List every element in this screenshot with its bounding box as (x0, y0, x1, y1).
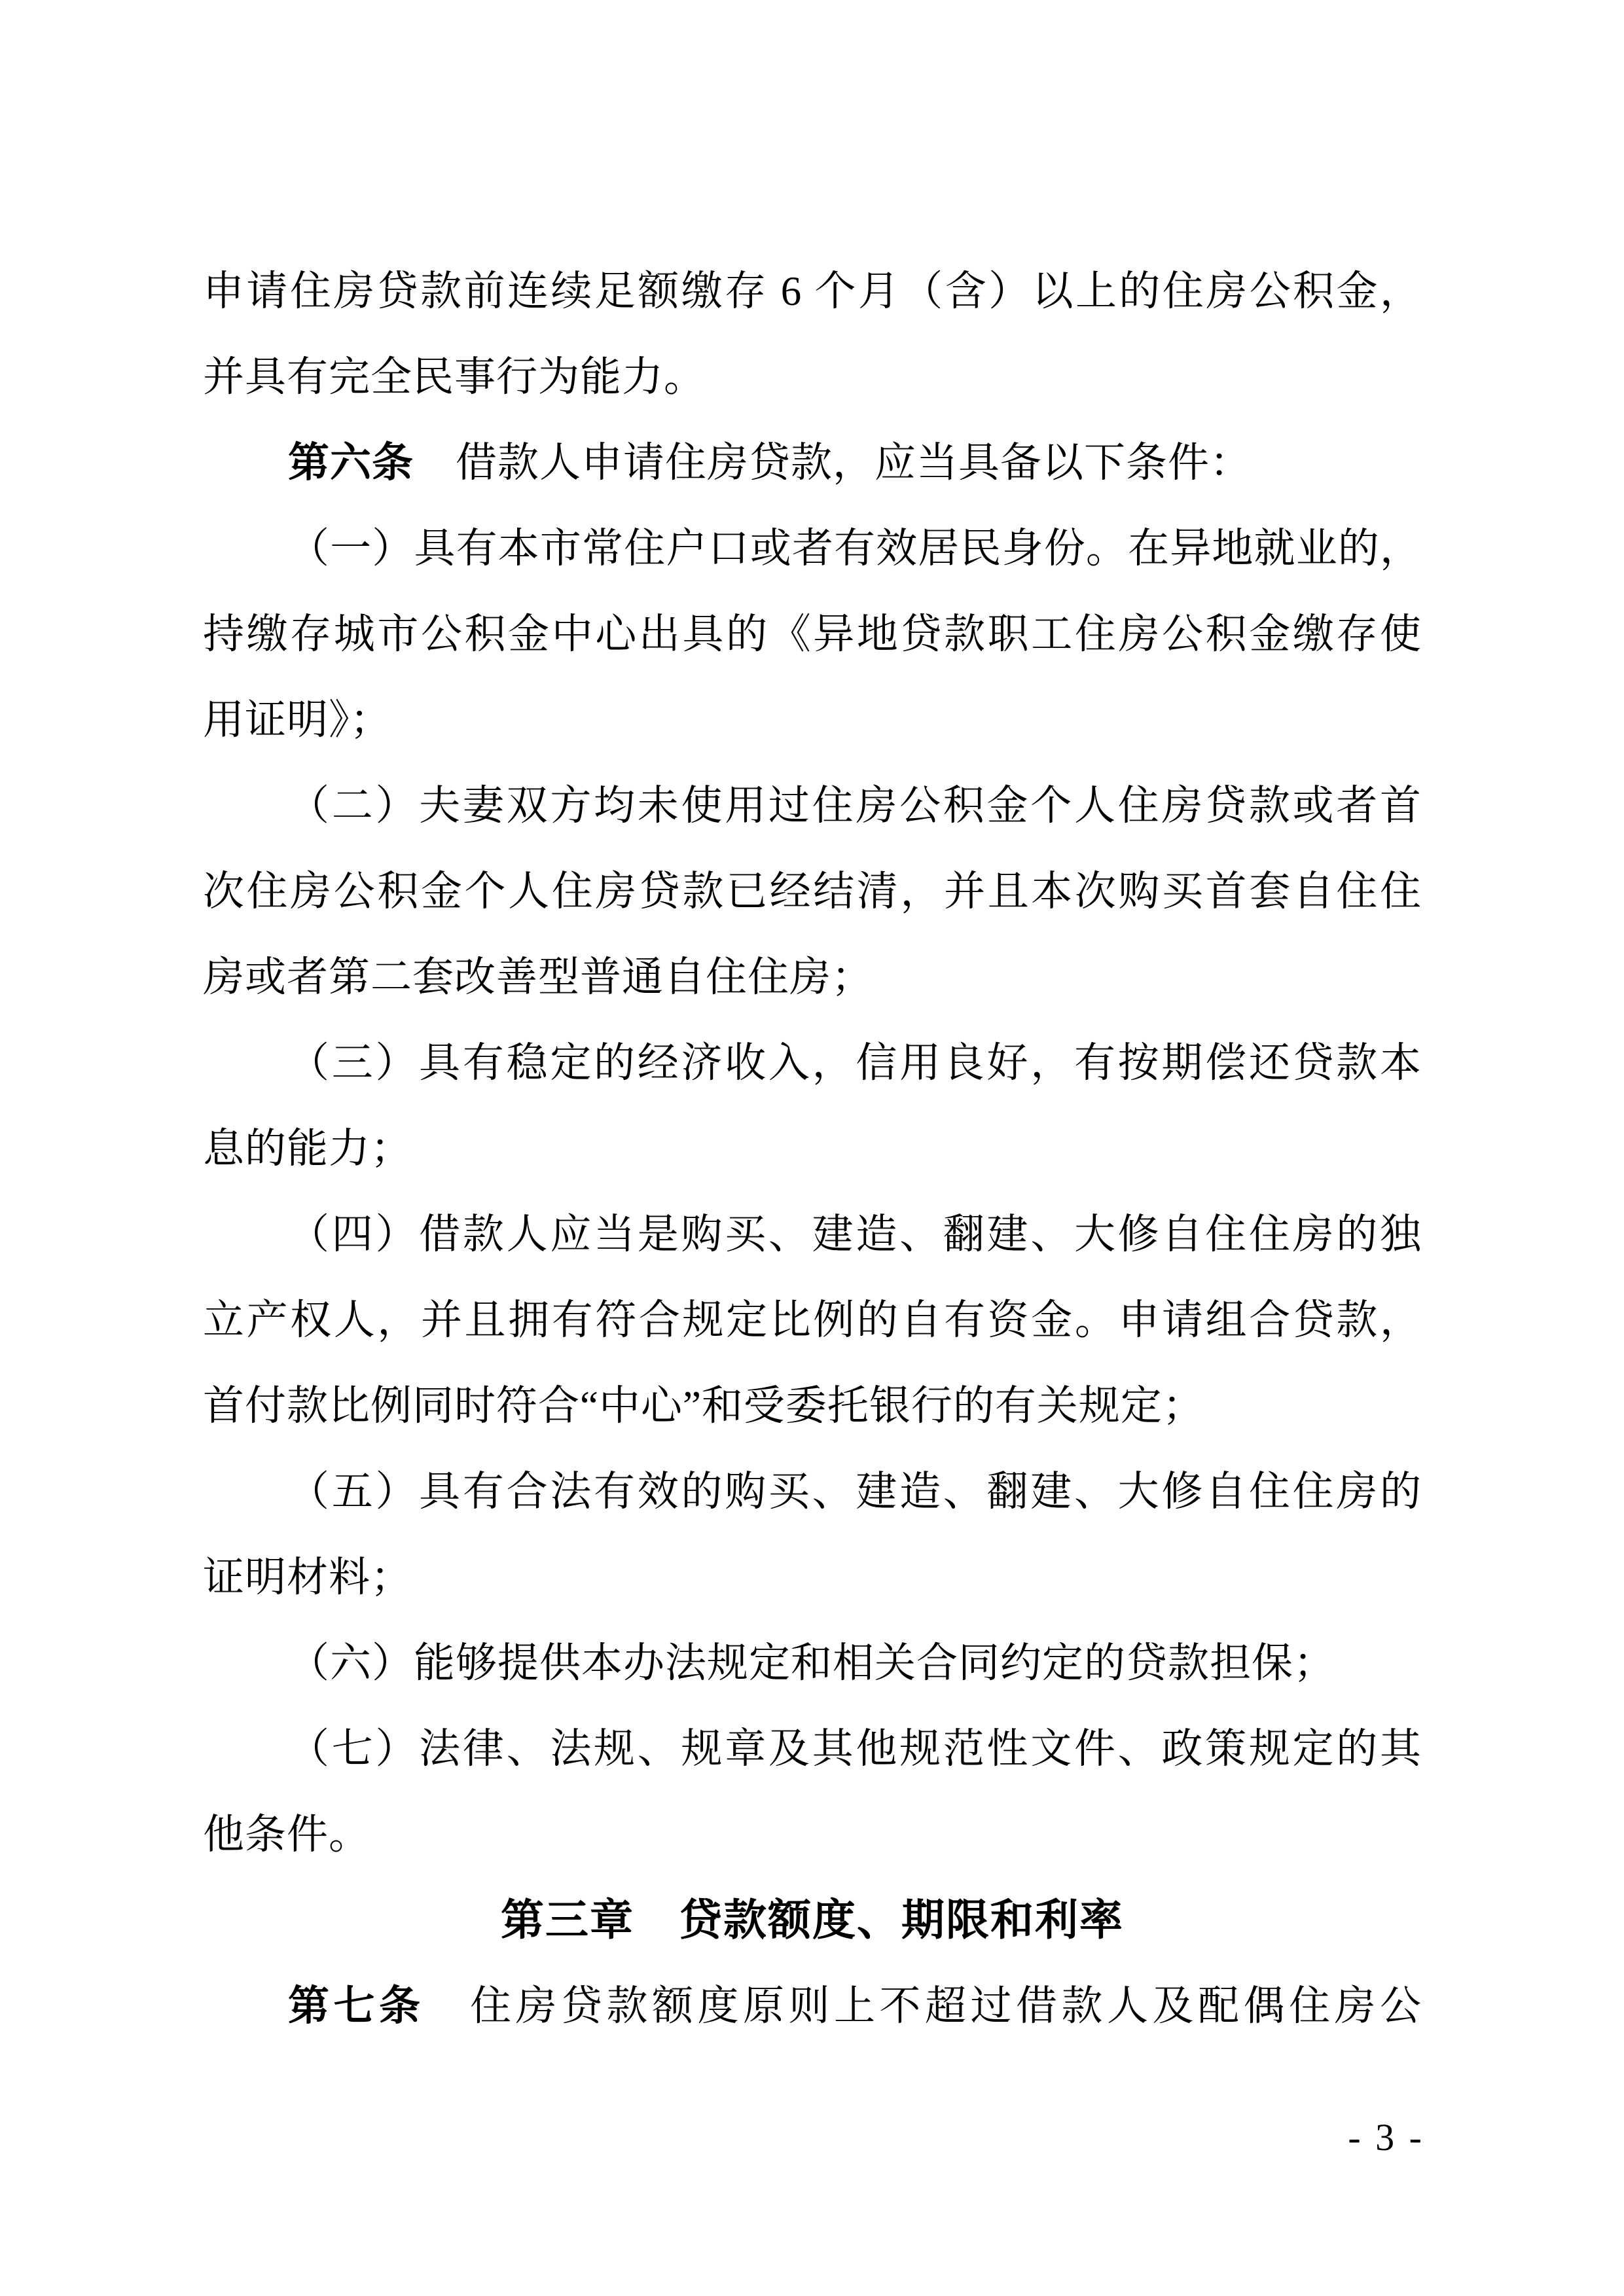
article-number: 第七条 (288, 1983, 425, 2029)
text-line: （六）能够提供本办法规定和相关合同约定的贷款担保； (203, 1621, 1422, 1706)
article-number: 第六条 (288, 440, 414, 486)
text-line: 用证明》； (203, 677, 1422, 763)
text-line: 房或者第二套改善型普通自住住房； (203, 935, 1422, 1020)
text-line: 立产权人，并且拥有符合规定比例的自有资金。申请组合贷款， (203, 1278, 1422, 1363)
text-line: 并具有完全民事行为能力。 (203, 334, 1422, 420)
text-line: （四）借款人应当是购买、建造、翻建、大修自住住房的独 (203, 1192, 1422, 1278)
text-line: 第七条 住房贷款额度原则上不超过借款人及配偶住房公 (203, 1964, 1422, 2049)
page-number: - 3 - (1348, 2115, 1424, 2159)
chapter-heading: 第三章 贷款额度、期限和利率 (203, 1878, 1422, 1964)
text-line: （二）夫妻双方均未使用过住房公积金个人住房贷款或者首 (203, 763, 1422, 849)
text-line: 申请住房贷款前连续足额缴存 6 个月（含）以上的住房公积金， (203, 249, 1422, 334)
text-line: 他条件。 (203, 1792, 1422, 1878)
text-line: （一）具有本市常住户口或者有效居民身份。在异地就业的， (203, 506, 1422, 592)
text-line: 第六条 借款人申请住房贷款，应当具备以下条件： (203, 420, 1422, 506)
text-line: 次住房公积金个人住房贷款已经结清，并且本次购买首套自住住 (203, 849, 1422, 935)
text-line: 持缴存城市公积金中心出具的《异地贷款职工住房公积金缴存使 (203, 592, 1422, 677)
document-page: 申请住房贷款前连续足额缴存 6 个月（含）以上的住房公积金，并具有完全民事行为能… (0, 0, 1624, 2296)
text-line: 息的能力； (203, 1106, 1422, 1192)
document-body: 申请住房贷款前连续足额缴存 6 个月（含）以上的住房公积金，并具有完全民事行为能… (203, 249, 1422, 2049)
text-line: （三）具有稳定的经济收入，信用良好，有按期偿还贷款本 (203, 1020, 1422, 1106)
text-line: （五）具有合法有效的购买、建造、翻建、大修自住住房的 (203, 1449, 1422, 1535)
text-line: 证明材料； (203, 1535, 1422, 1621)
text-line: （七）法律、法规、规章及其他规范性文件、政策规定的其 (203, 1706, 1422, 1792)
text-line: 首付款比例同时符合“中心”和受委托银行的有关规定； (203, 1363, 1422, 1449)
